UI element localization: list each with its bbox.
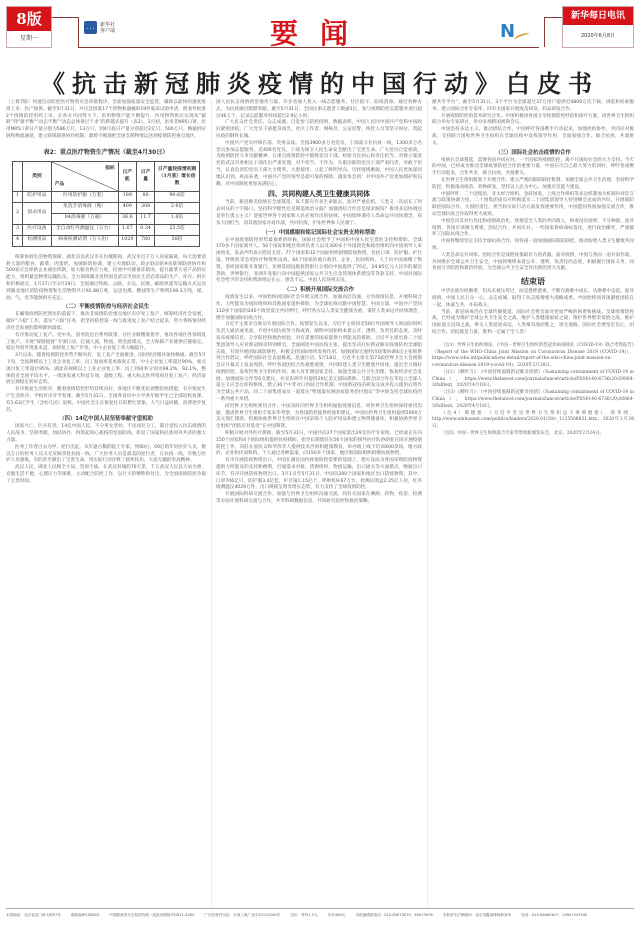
footer: 本报地址：北京宣武门西大街57号 邮政编码100803 中国邮政发行总局国内统一… bbox=[6, 913, 634, 918]
paragraph: 疫情在全球蔓延，需要各国共同应对。一个国家的疫情防控，离不开国际社会的大力支持。… bbox=[432, 158, 634, 178]
footer-item: 定价：每份1.5元 bbox=[290, 913, 317, 917]
masthead-rule bbox=[544, 17, 562, 18]
paragraph: 武汉人民、湖北人民顾全大局、坚韧不拔。在武汉封城的76天里，千万武汉人民以大局为… bbox=[6, 465, 206, 485]
footer-rule bbox=[6, 908, 634, 909]
footer-item: 本报地址：北京宣武门西大街57号 bbox=[6, 913, 61, 917]
paragraph: 疫情发生以来，中国始终同国际社会开展交流合作，加强高层沟通，分享疫情信息，开展科… bbox=[216, 295, 422, 322]
paragraph: 同世界卫生组织密切合作。中国及时向世界卫生组织通报疫情信息，同世界卫生组织保持密… bbox=[216, 404, 422, 431]
footer-item: 广告经营许可证：京西工商广登字20170240号 bbox=[204, 913, 280, 917]
subheading: （二）积极开展国际交流合作 bbox=[216, 285, 422, 295]
paragraph: 国家兴亡，匹夫有责。14亿中国人民，不分男女老幼，不论岗位分工，都自觉投入抗击疫… bbox=[6, 424, 206, 444]
paragraph: （上接7版）快速启动防控医疗物资应急审批程序，全面加强质量安全监管，确保以最快的… bbox=[6, 100, 206, 141]
paragraph: 有序恢复生活秩序。随着疫情防控形势持续向好，各地区不断优化调整防控措施，有序恢复… bbox=[6, 387, 206, 414]
paragraph: 有序开展防疫物资出口。中国在满足国内疫情防控需要的基础上，想方设法为各国采购防疫… bbox=[216, 458, 422, 492]
paragraph: 统筹协调生活物资保障。湖北省及武汉市在封城期间，武汉市近千万人居家隔离，每天需要… bbox=[6, 255, 206, 303]
footnote: （注2）《柳叶刀》：《中国持续遏制新冠肺炎疫情》（Sustaining cont… bbox=[432, 370, 634, 390]
conclusion-heading: 结束语 bbox=[432, 275, 634, 289]
paragraph: 献共享平台”。截至5月31日，3个平台为全球超过37万用户提供近4800万次下载… bbox=[432, 100, 634, 114]
paragraph: 中国坚持多边主义、推动团结合作。中国呼吁各国携手行动起来，加强团结协作，共同应对… bbox=[432, 127, 634, 147]
paragraph: 中国共产党员冲锋在前、英勇奋战。全国3900多万名党员、干部战斗在抗疫一线，13… bbox=[216, 141, 422, 189]
paragraph: 积极开展对外医疗援助。截至5月31日，中国共向27个国家派出29支医疗专家组，已… bbox=[216, 431, 422, 458]
paragraph: 广大民众社会责任、众志成城。自觉参与防控疫情，数据表明，中国人民同中国共产党和中… bbox=[216, 120, 422, 140]
paragraph: 中国将继续坚定支持全球抗疫合作，同各国一道加强国际联防联控，推动构建人类卫生健康… bbox=[432, 239, 634, 253]
subheading: （三）国际社会抗击疫情的合作 bbox=[432, 148, 634, 158]
swoosh-icon bbox=[513, 31, 530, 42]
footnote: （注4）谭德塞：《习近平会见世界卫生组织总干事谭德塞》，新华网，http://w… bbox=[432, 411, 634, 431]
column-2: 国人民抗击疫情的坚强伟力量。许多普通人投入一线志愿服务，社区值守、防疫消毒、通过… bbox=[216, 100, 422, 506]
paragraph: 3月以来，随着疫情防控形势不断向好，复工复产全面推进，国民经济循环加快畅通。截至… bbox=[6, 353, 206, 387]
column-divider bbox=[427, 100, 428, 908]
footer-item: 电话：010-88460617、13901337545 bbox=[521, 913, 587, 917]
paragraph: 人类是命运共同体。团结合作是战胜疫情最有力的武器。面对疫情，中国与各国一道并肩作… bbox=[432, 253, 634, 273]
section-heading: 四、共同构建人类卫生健康共同体 bbox=[216, 188, 422, 200]
footer-item: 本报常年法律顾问：北京市鑫诺律师事务所 bbox=[443, 913, 511, 917]
table-row: 4 检测用品 病毒检测试剂（万人份） 1020 760 58倍 bbox=[13, 235, 200, 246]
headline: 《抗击新冠肺炎疫情的中国行动》白皮书 bbox=[0, 64, 640, 99]
footer-item: 年价360元 bbox=[328, 913, 346, 917]
header-diagonal: 指标 产品 bbox=[51, 161, 118, 191]
table-header-row: 类别 指标 产品 日产能 日产量 日产量较疫情初期（1月底）增长倍数 bbox=[13, 161, 200, 191]
paragraph: 医务工作者白衣为甲、逆行出征。从年逾古稀的院士专家，到90后、00后的年轻医护人… bbox=[6, 445, 206, 465]
subheading: （二）平衡疫情防控与经济社会民生 bbox=[6, 302, 206, 312]
footnote: （注1）世界卫生组织网站，《中国－世界卫生组织新型冠状病毒肺炎（COVID-19… bbox=[432, 343, 634, 370]
footer-item: 邮政编码100803 bbox=[71, 913, 99, 917]
paragraph: 中国呼吁，二十国集团、亚太经合组织、金砖国家、上海合作组织等多边机制加大机制内对… bbox=[432, 192, 634, 219]
paragraph: 当前，新冠肺炎疫情在全球蔓延，每天都有许多生命逝去，面对严重危机，人类又一次站在… bbox=[216, 200, 422, 227]
paragraph: 开展疫情防控的技术研究合作。中国积极同各国分享疫情防控经验和诊疗方案，同世界卫生… bbox=[432, 114, 634, 128]
column-divider bbox=[211, 100, 212, 908]
table-row: 2 消杀用品 免洗手消毒液（吨） 409 308 2.6倍 bbox=[13, 202, 200, 213]
header-category: 类别 bbox=[23, 161, 51, 191]
paper-name: 新华每日电讯 bbox=[563, 7, 633, 25]
footer-item: 中国邮政发行总局国内统一连续出版物号CN11-0263 bbox=[109, 913, 194, 917]
footnote: （注3）《柳叶刀》：《中国持续遏制新冠肺炎疫情》（Sustaining cont… bbox=[432, 390, 634, 410]
table-row: 1 防护用品 医用防护服（万套） 189 80 90.6倍 bbox=[13, 191, 200, 202]
paragraph: 在中国疫情防控形势最艰难的时候，国际社会给予了中国和中国人民宝贵的支持和帮助。全… bbox=[216, 238, 422, 286]
issue-date: 2020年6月8日 bbox=[563, 25, 633, 47]
paragraph: 在确保疫情防控到位的前提下，推动非疫情防控重点地区有序复工复产，统筹经济社会发展… bbox=[6, 312, 206, 332]
footnotes: （注1）世界卫生组织网站，《中国－世界卫生组织新型冠状病毒肺炎（COVID-19… bbox=[432, 343, 634, 438]
header-growth: 日产量较疫情初期（1月底）增长倍数 bbox=[155, 161, 200, 191]
paragraph: 国人民抗击疫情的坚强伟力量。许多普通人投入一线志愿服务，社区值守、防疫消毒、通过… bbox=[216, 100, 422, 120]
column-1: （上接7版）快速启动防控医疗物资应急审批程序，全面加强质量安全监管，确保以最快的… bbox=[6, 100, 206, 485]
header-output: 日产量 bbox=[136, 161, 154, 191]
paragraph: 有序推动复工复产。党中央、国务院出台系列政策，分区分级精准指导，推动各地区各领域… bbox=[6, 333, 206, 353]
paragraph: 在世界卫生组织框架下开展合作。建立严密的联防联控机制，加强全球公共卫生治理，坚持… bbox=[432, 178, 634, 192]
news-logo-icon: N bbox=[500, 22, 515, 42]
column-3: 献共享平台”。截至5月31日，3个平台为全球超过37万用户提供近4800万次下载… bbox=[432, 100, 634, 438]
footer-item: 本报编辑部电话：010-63073079、63073078 bbox=[356, 913, 433, 917]
masthead-rule bbox=[102, 47, 539, 48]
subheading: （四）14亿中国人民坚韧奉献守望相助 bbox=[6, 414, 206, 424]
header-capacity: 日产能 bbox=[118, 161, 136, 191]
production-table: 类别 指标 产品 日产能 日产量 日产量较疫情初期（1月底）增长倍数 1 防护用… bbox=[12, 161, 200, 247]
paragraph: 开展国际科研交流合作。加强与世界卫生组织沟通交流，同有关国家在溯源、药物、疫苗、… bbox=[216, 492, 422, 506]
table-title: 表2：重点医疗物资生产情况（截至4月30日） bbox=[6, 147, 206, 159]
masthead-rule bbox=[544, 17, 545, 47]
paragraph: 当前，新冠病毒仍在全球传播蔓延，国际社会将会面对更加严峻的困难和挑战。全球疫情防… bbox=[432, 310, 634, 337]
news-logo: N bbox=[500, 22, 532, 42]
footnote: （注5）中国－世界卫生组织联合专家考察组新闻发布会，北京，2020年2月24日。 bbox=[432, 431, 634, 438]
subheading: （一）中国感谢和铭记国际社会宝贵支持和帮助 bbox=[216, 228, 422, 238]
date-box: 新华每日电讯 2020年6月8日 bbox=[562, 6, 634, 48]
paragraph: 中华民族历经磨难，但从未被压垮过，而是愈挫愈勇，不断在磨难中成长、从磨难中奋起。… bbox=[432, 289, 634, 309]
table-row: 3 医疗设备 全自动红外测温仪（万台） 1.07 0.34 23.5倍 bbox=[13, 224, 200, 235]
paragraph: 习近平主席亲自推动开展国际合作。疫情发生以来，习近平主席同近50位外国领导人和国… bbox=[216, 322, 422, 404]
masthead: 8版 星期一 新华社 客户端 要闻 N 新华每日电讯 2020年6月8日 bbox=[0, 0, 640, 48]
paragraph: 中国坚决反对污名化和疫情政治化。疫情是全人类的共同敌人，病毒没有国界，不分种族。… bbox=[432, 219, 634, 239]
